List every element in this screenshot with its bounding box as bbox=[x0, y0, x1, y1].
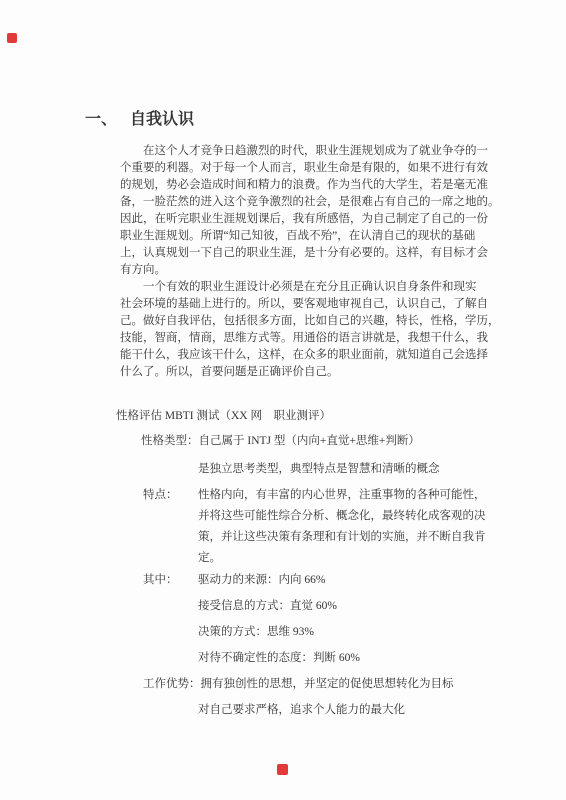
traits-label: 特点： bbox=[143, 485, 178, 506]
intro-paragraph: 在这个人才竞争日趋激烈的时代，职业生涯规划成为了就业争夺的一 个重要的利器。对于… bbox=[120, 143, 560, 279]
dimension-uncertainty-attitude: 对待不确定性的态度：判断 60% bbox=[198, 651, 360, 666]
work-strengths-line2: 对自己要求严格，追求个人能力的最大化 bbox=[198, 703, 405, 718]
section-title: 自我认识 bbox=[130, 111, 194, 128]
traits-text: 性格内向，有丰富的内心世界，注重事物的各种可能性， 并将这些可能性综合分析、概念… bbox=[198, 485, 498, 569]
personality-type-line: 性格类型：自己属于 INTJ 型（内向+直觉+思维+判断） bbox=[141, 434, 420, 449]
section-number: 一、 bbox=[85, 111, 117, 128]
dimensions-label: 其中： bbox=[143, 573, 178, 588]
dimension-information-intake: 接受信息的方式：直觉 60% bbox=[198, 599, 337, 614]
dimension-drive-source: 驱动力的来源：内向 66% bbox=[198, 573, 325, 588]
section-heading: 一、自我认识 bbox=[85, 110, 194, 130]
red-marker-icon bbox=[7, 33, 17, 43]
document-page: 一、自我认识 在这个人才竞争日趋激烈的时代，职业生涯规划成为了就业争夺的一 个重… bbox=[0, 0, 566, 800]
red-marker-icon bbox=[277, 764, 288, 775]
work-strengths-line: 工作优势：拥有独创性的思想，并坚定的促使思想转化为目标 bbox=[143, 677, 454, 692]
mbti-assessment-header: 性格评估 MBTI 测试（XX 网 职业测评） bbox=[116, 409, 331, 424]
personality-type-description: 是独立思考类型，典型特点是智慧和清晰的概念 bbox=[198, 462, 440, 477]
second-paragraph: 一个有效的职业生涯设计必须是在充分且正确认识自身条件和现实 社会环境的基础上进行… bbox=[120, 279, 560, 381]
dimension-decision-style: 决策的方式：思维 93% bbox=[198, 625, 314, 640]
